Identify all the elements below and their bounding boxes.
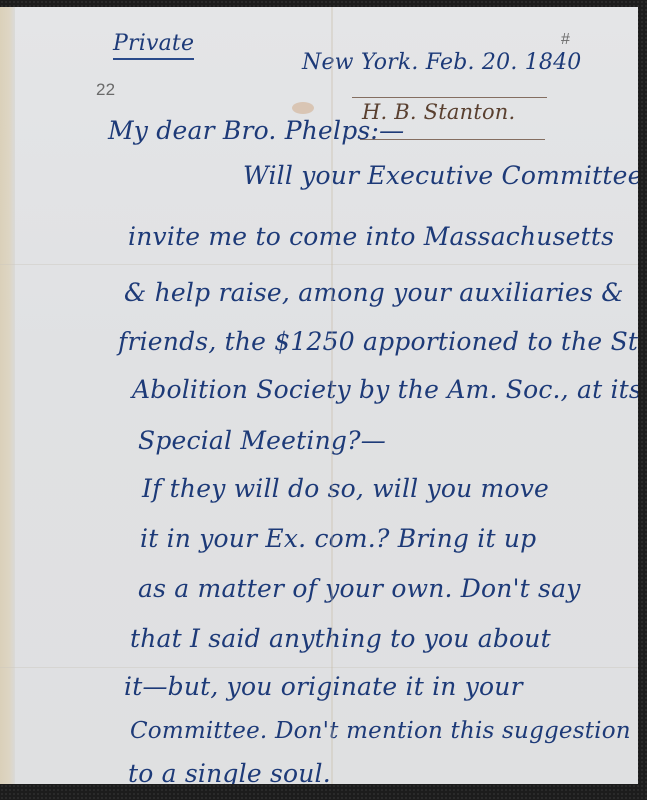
- ink-stain: [292, 102, 314, 114]
- hash-mark: #: [561, 31, 570, 49]
- body-line: that I said anything to you about: [130, 624, 551, 653]
- body-line: Abolition Society by the Am. Soc., at it…: [132, 375, 638, 404]
- dateline: New York. Feb. 20. 1840: [302, 50, 582, 75]
- body-line: Committee. Don't mention this suggestion: [130, 718, 631, 744]
- body-line: If they will do so, will you move: [142, 474, 549, 503]
- archive-number: 22: [96, 80, 115, 100]
- body-line: Special Meeting?—: [138, 426, 386, 455]
- fold-line: [0, 667, 638, 668]
- body-line: invite me to come into Massachusetts: [128, 222, 614, 251]
- body-line: friends, the $1250 apportioned to the St…: [118, 327, 638, 356]
- body-line: to a single soul.: [128, 759, 331, 784]
- letter-page: Private 22 # New York. Feb. 20. 1840 H. …: [0, 7, 638, 784]
- fold-line: [0, 264, 638, 265]
- body-line: it—but, you originate it in your: [124, 672, 523, 701]
- body-line: as a matter of your own. Don't say: [138, 574, 581, 603]
- body-line: & help raise, among your auxiliaries &: [124, 278, 624, 307]
- body-line: it in your Ex. com.? Bring it up: [140, 524, 536, 553]
- docket-rule-top: [352, 97, 547, 98]
- body-line: Will your Executive Committee: [243, 161, 638, 190]
- private-marking: Private: [113, 31, 194, 60]
- salutation: My dear Bro. Phelps:—: [108, 116, 404, 145]
